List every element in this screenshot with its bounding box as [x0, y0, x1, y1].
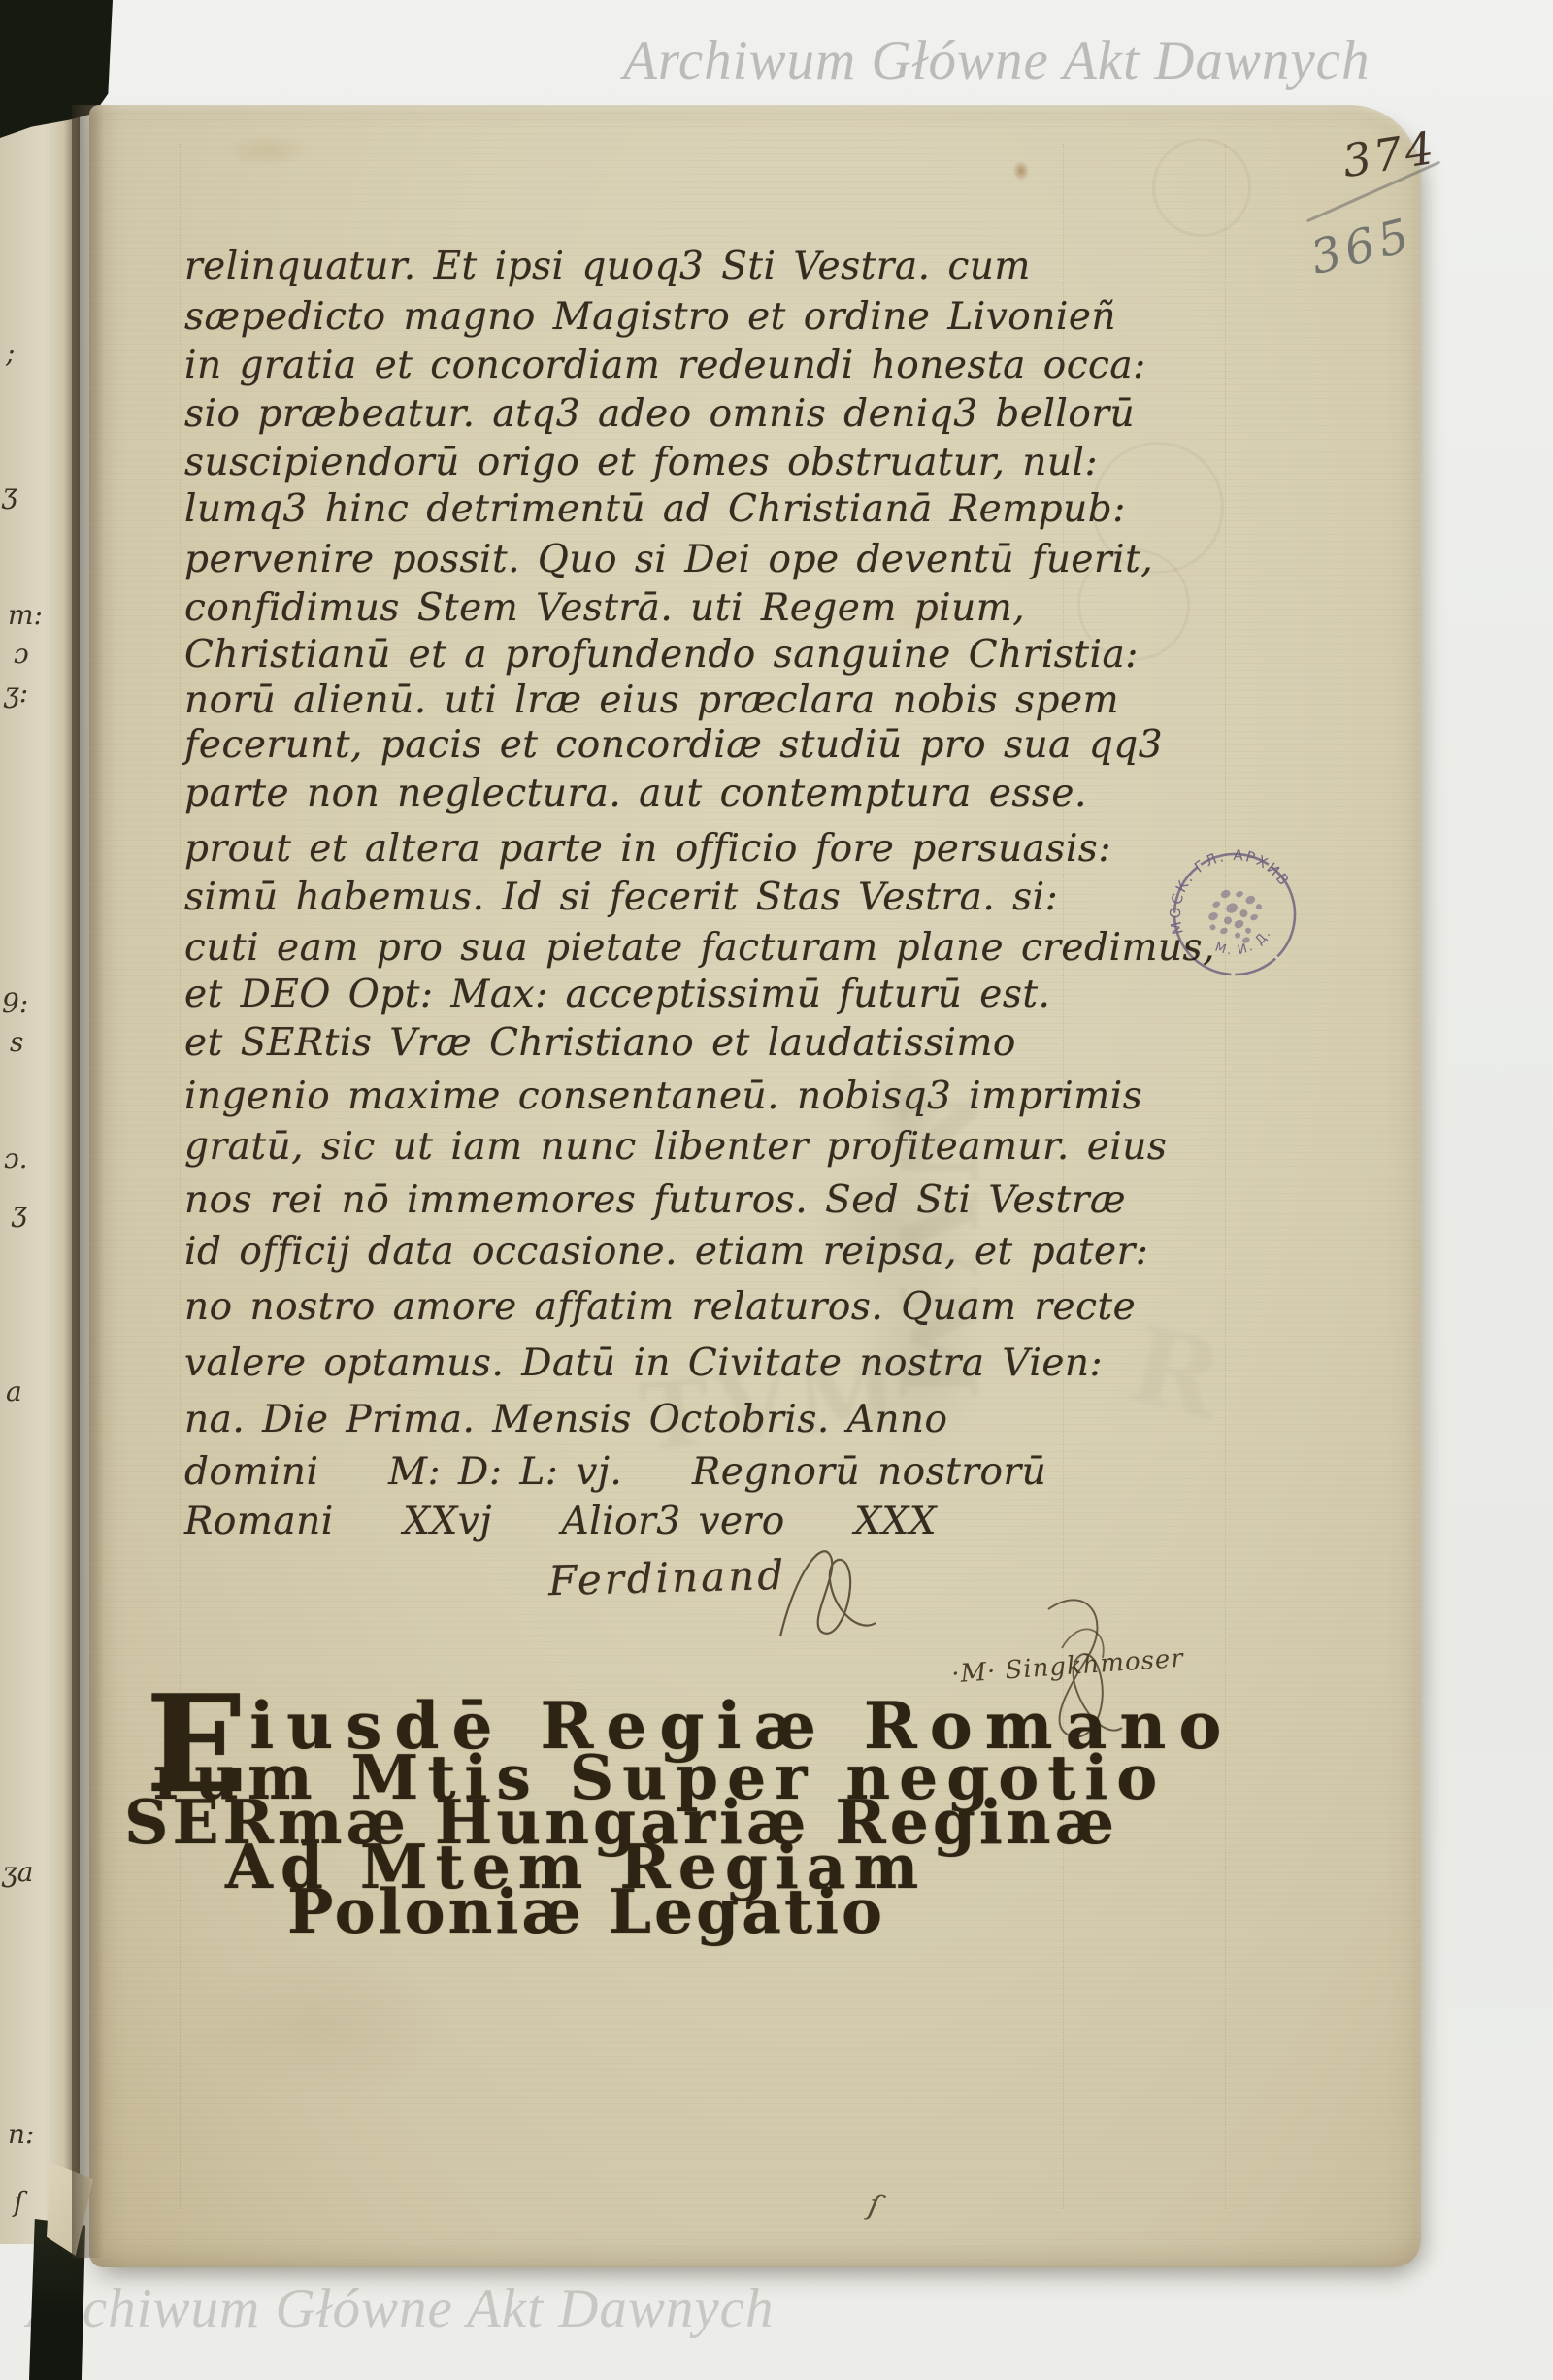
manuscript-line: lumq3 hinc detrimentū ad Christianā Remp…	[184, 490, 1126, 528]
ink-mark: ſ	[866, 2191, 882, 2222]
margin-fragment: ʒ	[12, 1199, 27, 1226]
margin-fragment: n:	[8, 2121, 34, 2148]
manuscript-line: et SERtis Vræ Christiano et laudatissimo	[184, 1024, 1016, 1062]
previous-page-edge: ; ʒ m: ɔ ʒ: 9: s ɔ. ʒ a ʒa n: ſ	[0, 103, 80, 2244]
title-line-5: Poloniæ Legatio	[287, 1881, 885, 1942]
signature-ferdinand: Ferdinand	[547, 1555, 786, 1602]
stain	[1013, 161, 1029, 181]
margin-fragment: ʒ:	[4, 679, 28, 707]
secretary-note: ·M· Singkhmoser	[950, 1646, 1184, 1688]
manuscript-line: domini M: D: L: vj. Regnorū nostrorū	[184, 1453, 1046, 1491]
manuscript-line: nos rei nō immemores futuros. Sed Sti Ve…	[184, 1181, 1126, 1219]
archive-watermark-bottom: Archiwum Główne Akt Dawnych	[27, 2281, 774, 2336]
manuscript-line: fecerunt, pacis et concordiæ studiū pro …	[184, 726, 1163, 764]
manuscript-line: relinquatur. Et ipsi quoq3 Sti Vestra. c…	[184, 248, 1031, 285]
manuscript-line: sio præbeatur. atq3 adeo omnis deniq3 be…	[184, 395, 1135, 433]
margin-fragment: ſ	[14, 2189, 23, 2216]
manuscript-line: sæpedicto magno Magistro et ordine Livon…	[184, 298, 1116, 336]
manuscript-line: cuti eam pro sua pietate facturam plane …	[184, 929, 1215, 967]
manuscript-line: norū alienū. uti lræ eius præclara nobis…	[184, 681, 1119, 719]
margin-fragment: ʒ	[2, 480, 17, 508]
chain-line	[180, 144, 181, 2209]
manuscript-line: no nostro amore affatim relaturos. Quam …	[184, 1288, 1136, 1326]
manuscript-page: NVM TVM R 374 365 relinquatur. Et ipsi q…	[89, 105, 1421, 2267]
manuscript-line: id officij data occasione. etiam reipsa,…	[184, 1233, 1148, 1271]
paper-watermark-circle	[1152, 138, 1251, 237]
margin-fragment: 9:	[2, 990, 28, 1017]
margin-fragment: s	[10, 1029, 23, 1056]
manuscript-line: na. Die Prima. Mensis Octobris. Anno	[184, 1401, 948, 1438]
stain	[223, 134, 311, 167]
page-number-pencil: 365	[1306, 212, 1418, 281]
manuscript-line: parte non neglectura. aut contemptura es…	[184, 775, 1087, 812]
archive-stamp: МОСК. ГЛ. АРХИВЪ * М. И. Д.	[1126, 806, 1343, 1023]
margin-fragment: a	[6, 1378, 22, 1405]
manuscript-line: suscipiendorū origo et fomes obstruatur,…	[184, 444, 1098, 481]
manuscript-line: prout et altera parte in officio fore pe…	[184, 830, 1111, 868]
archive-watermark-top: Archiwum Główne Akt Dawnych	[623, 33, 1370, 88]
margin-fragment: ;	[6, 340, 15, 367]
scanned-document-view: Archiwum Główne Akt Dawnych Archiwum Głó…	[0, 0, 1553, 2380]
manuscript-line: et DEO Opt: Max: acceptissimū futurū est…	[184, 975, 1050, 1013]
manuscript-line: Romani XXvj Alior3 vero XXX	[184, 1503, 937, 1540]
manuscript-line: in gratia et concordiam redeundi honesta…	[184, 347, 1146, 384]
manuscript-line: gratū, sic ut iam nunc libenter profitea…	[184, 1128, 1167, 1166]
manuscript-line: simū habemus. Id si fecerit Stas Vestra.…	[184, 878, 1058, 916]
manuscript-line: valere optamus. Datū in Civitate nostra …	[184, 1344, 1103, 1382]
margin-fragment: ɔ.	[4, 1145, 28, 1173]
margin-fragment: ɔ	[14, 641, 29, 668]
page-number-ink: 374	[1339, 125, 1439, 184]
ghost-text-bleedthrough: R	[1119, 1310, 1239, 1438]
manuscript-line: ingenio maxime consentaneū. nobisq3 impr…	[184, 1077, 1142, 1115]
stamp-lower-text: М. И. Д.	[1208, 918, 1278, 970]
manuscript-line: Christianū et a profundendo sanguine Chr…	[184, 636, 1139, 674]
margin-fragment: ʒa	[2, 1859, 34, 1886]
manuscript-line: confidimus Stem Vestrā. uti Regem pium,	[184, 589, 1025, 627]
stain	[186, 1954, 458, 2099]
margin-fragment: m:	[8, 602, 43, 629]
chain-line	[1225, 144, 1226, 2209]
manuscript-line: pervenire possit. Quo si Dei ope deventū…	[184, 541, 1153, 578]
